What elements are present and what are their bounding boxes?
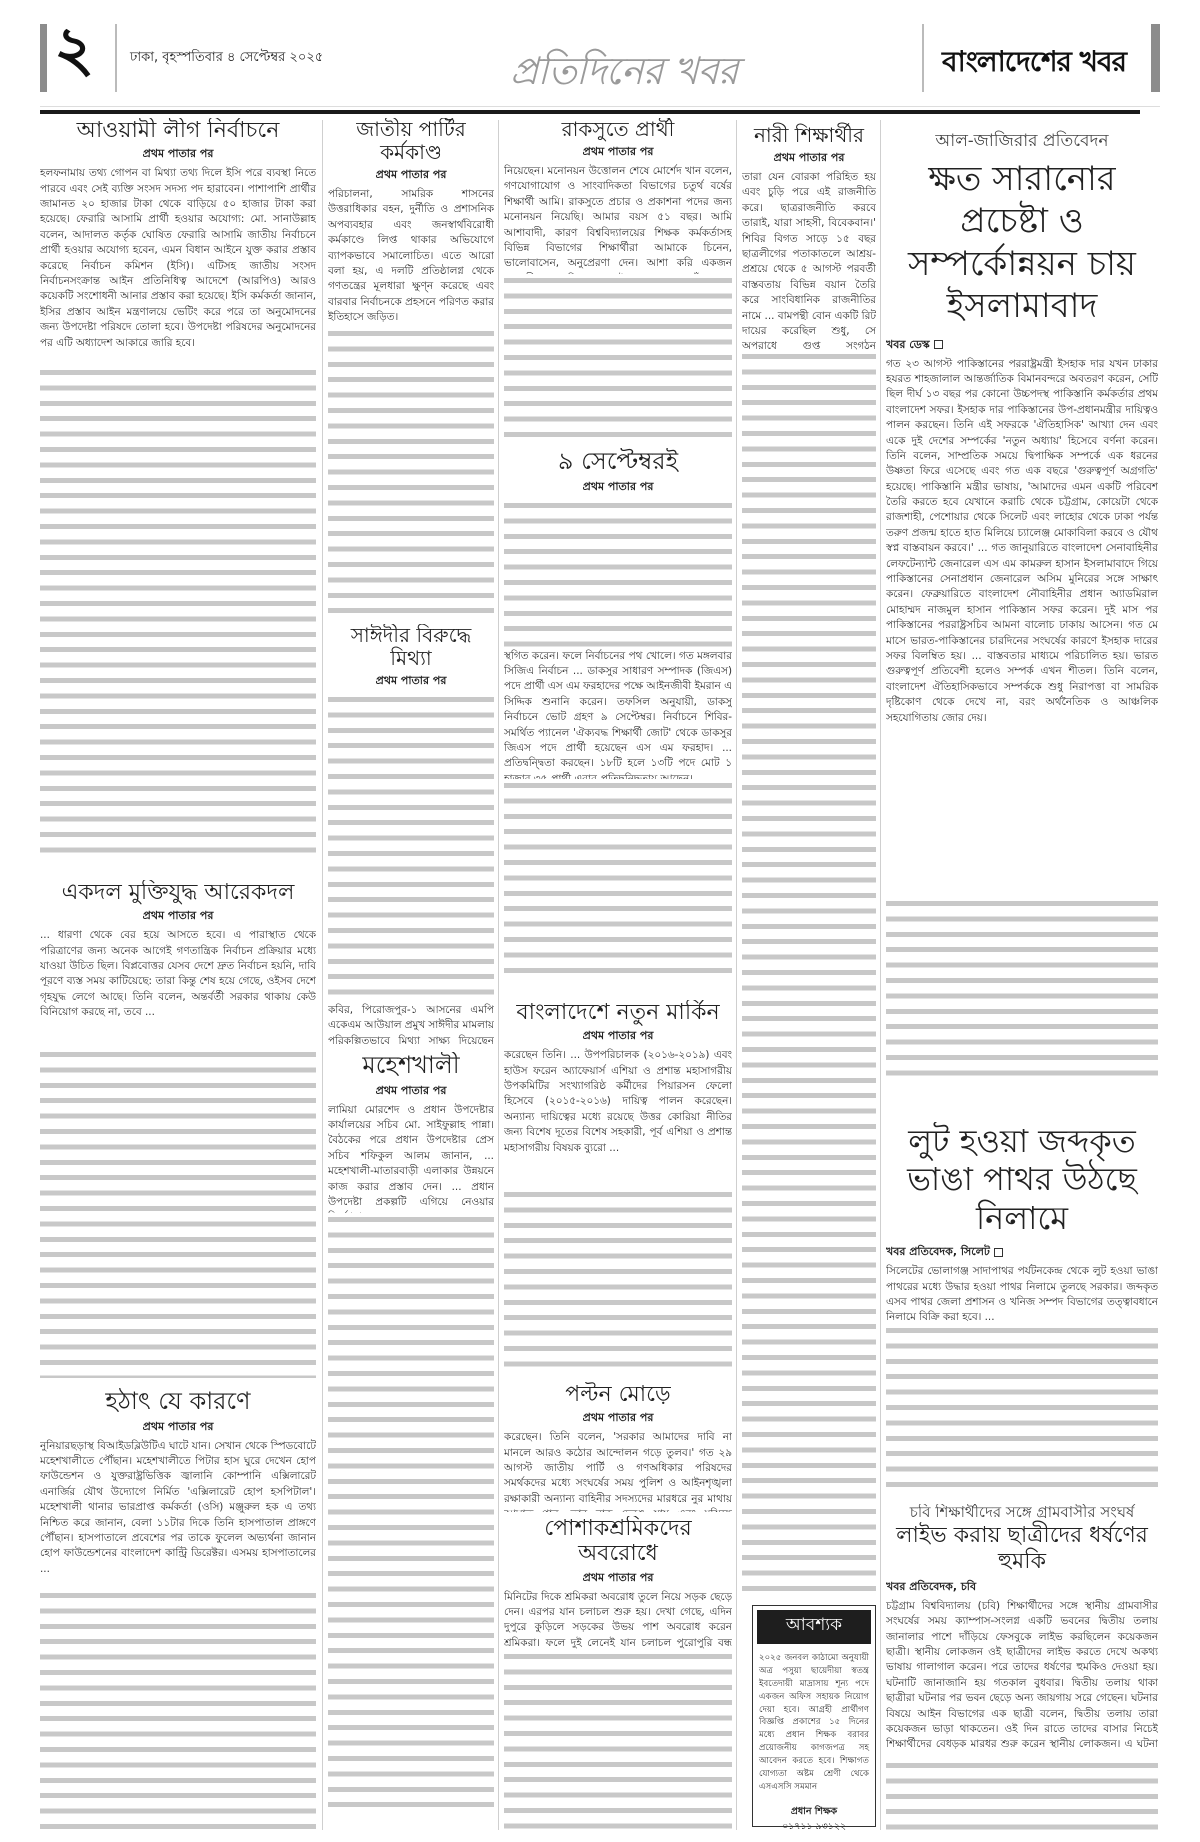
continued-label: প্রথম পাতার পর — [328, 672, 494, 691]
article-body: সিলেটের ভোলাগঞ্জ সাদাপাথর পর্যটনকেন্দ্র … — [886, 1264, 1158, 1324]
headline: ৯ সেপ্টেম্বরই — [504, 448, 732, 476]
article-body: হলফনামায় তথ্য গোপন বা মিথ্যা তথ্য দিলে … — [40, 166, 316, 366]
continued-label: প্রথম পাতার পর — [504, 1569, 732, 1588]
headline: একদল মুক্তিযুদ্ধ আরেকদল — [40, 880, 316, 905]
headline: পল্টন মোড়ে — [504, 1382, 732, 1407]
byline: খবর ডেস্ক — [886, 336, 1158, 355]
article-body-continued — [40, 1589, 316, 1830]
column-divider — [498, 120, 499, 1830]
article-body: পরিচালনা, সামরিক শাসনের উত্তরাধিকার বহন,… — [328, 187, 494, 327]
article-body: লামিয়া মোরশেদ ও প্রধান উপদেষ্টার কার্যা… — [328, 1103, 494, 1213]
article-sept-9: ৯ সেপ্টেম্বরই প্রথম পাতার পর স্থগিত করেন… — [504, 448, 732, 998]
overline: চবি শিক্ষার্থীদের সঙ্গে গ্রামবাসীর সংঘর্… — [886, 1504, 1158, 1521]
ad-title: আবশ্যক — [757, 1610, 871, 1644]
article-body: করেছেন তিনি। ... উপপরিচালক (২০১৬-২০১৯) এ… — [504, 1048, 732, 1188]
headline: বাংলাদেশে নতুন মার্কিন — [504, 1000, 732, 1025]
continued-label: প্রথম পাতার পর — [504, 1027, 732, 1046]
article-body-continued — [504, 274, 732, 444]
article-female-students: নারী শিক্ষার্থীর প্রথম পাতার পর তারা যেন… — [742, 118, 876, 1598]
headline: রাকসুতে প্রার্থী — [504, 118, 732, 141]
article-islamabad: আল-জাজিরার প্রতিবেদন ক্ষত সারানোর প্রচেষ… — [886, 126, 1158, 1076]
article-body: কবির, পিরোজপুর-১ আসনের এমপি একেএম আউয়াল… — [328, 1003, 494, 1044]
continued-label: প্রথম পাতার পর — [40, 145, 316, 164]
continued-label: প্রথম পাতার পর — [40, 1418, 316, 1437]
page-number: ২ — [54, 18, 94, 80]
column-divider — [880, 120, 881, 1830]
column-divider — [322, 120, 323, 1830]
square-icon — [994, 1248, 1003, 1257]
article-body-continued — [504, 1650, 732, 1830]
article-body-continued — [504, 1188, 732, 1368]
headline: আওয়ামী লীগ নির্বাচনে — [40, 118, 316, 143]
article-body: তারা যেন বোরকা পরিহিত হয় এবং চুড়ি পরে … — [742, 170, 876, 350]
ad-body: ২০২৫ জনবল কাঠামো অনুযায়ী অত্র পসুয়া ছা… — [757, 1652, 871, 1794]
article-cu-students: চবি শিক্ষার্থীদের সঙ্গে গ্রামবাসীর সংঘর্… — [886, 1504, 1158, 1830]
byline: খবর প্রতিবেদক, সিলেট — [886, 1243, 1158, 1262]
continued-label: প্রথম পাতার পর — [504, 478, 732, 497]
continued-label: প্রথম পাতার পর — [328, 1082, 494, 1101]
article-body-continued — [886, 1324, 1158, 1492]
article-body: ... ধারণা থেকে বের হয়ে আসতে হবে। এ পারা… — [40, 928, 316, 1048]
square-icon — [934, 340, 943, 349]
article-hothat: হঠাৎ যে কারণে প্রথম পাতার পর নুনিয়ারছড়… — [40, 1388, 316, 1830]
headline: জাতীয় পার্টির কর্মকাণ্ড — [328, 118, 494, 164]
masthead-left-bar — [40, 24, 47, 92]
headline: হঠাৎ যে কারণে — [40, 1388, 316, 1416]
article-raksu: রাকসুতে প্রার্থী প্রথম পাতার পর নিয়েছেন… — [504, 118, 732, 446]
top-thick-rule — [40, 110, 1140, 114]
masthead-divider — [115, 24, 117, 92]
classified-ad: আবশ্যক ২০২৫ জনবল কাঠামো অনুযায়ী অত্র পস… — [752, 1605, 876, 1827]
article-garment-workers: পোশাকশ্রমিকদের অবরোধে প্রথম পাতার পর মিন… — [504, 1516, 732, 1830]
article-body: চট্টগ্রাম বিশ্ববিদ্যালয় (চবি) শিক্ষার্থ… — [886, 1599, 1158, 1759]
headline: সাঈদীর বিরুদ্ধে মিথ্যা — [328, 624, 494, 670]
article-body: গত ২৩ আগস্ট পাকিস্তানের পররাষ্ট্রমন্ত্রী… — [886, 357, 1158, 897]
article-body-continued — [742, 350, 876, 1598]
article-body: নুনিয়ারছড়াস্থ বিআইডব্লিউটিএ ঘাটে যান। … — [40, 1439, 316, 1589]
headline: মহেশখালী — [328, 1052, 494, 1080]
continued-label: প্রথম পাতার পর — [504, 1409, 732, 1428]
article-jatiya-party: জাতীয় পার্টির কর্মকাণ্ড প্রথম পাতার পর … — [328, 118, 494, 618]
section-logo: প্রতিদিনের খবর — [510, 42, 738, 106]
article-new-us-ambassador: বাংলাদেশে নতুন মার্কিন প্রথম পাতার পর কর… — [504, 1000, 732, 1380]
article-body-continued — [328, 1213, 494, 1813]
article-body: নিয়েছেন। মনোনয়ন উত্তোলন শেষে মোর্শেদ খ… — [504, 164, 732, 274]
article-body: মিনিটের দিকে শ্রমিকরা অবরোধ তুলে নিয়ে স… — [504, 1590, 732, 1650]
article-awami-league: আওয়ামী লীগ নির্বাচনে প্রথম পাতার পর হলফ… — [40, 118, 316, 870]
continued-label: প্রথম পাতার পর — [504, 143, 732, 162]
desk-title: বাংলাদেশের খবর — [942, 40, 1126, 87]
headline: ক্ষত সারানোর প্রচেষ্টা ও সম্পর্কোন্নয়ন … — [886, 158, 1158, 328]
masthead-divider — [922, 24, 924, 92]
article-body: করেছেন। তিনি বলেন, 'সরকার আমাদের দাবি না… — [504, 1430, 732, 1512]
article-body: স্থগিত করেন। ফলে নির্বাচনের পথ খোলে। গত … — [504, 649, 732, 779]
article-sayedee: সাঈদীর বিরুদ্ধে মিথ্যা প্রথম পাতার পর কব… — [328, 624, 494, 1044]
issue-date: ঢাকা, বৃহস্পতিবার ৪ সেপ্টেম্বর ২০২৫ — [130, 48, 323, 69]
ad-signatory: প্রধান শিক্ষক — [757, 1804, 871, 1819]
ad-phone: ০১৭১১ ৯৩১২২ — [757, 1819, 871, 1834]
article-body-continued — [886, 1759, 1158, 1830]
continued-label: প্রথম পাতার পর — [40, 907, 316, 926]
article-body-continued — [504, 779, 732, 979]
article-ekdol: একদল মুক্তিযুদ্ধ আরেকদল প্রথম পাতার পর .… — [40, 880, 316, 1380]
headline: লাইভ করায় ছাত্রীদের ধর্ষণের হুমকি — [886, 1523, 1158, 1574]
top-thin-rule — [40, 106, 1160, 107]
headline: পোশাকশ্রমিকদের অবরোধে — [504, 1516, 732, 1567]
headline: লুট হওয়া জব্দকৃত ভাঙা পাথর উঠছে নিলামে — [886, 1122, 1158, 1237]
overline: আল-জাজিরার প্রতিবেদন — [886, 132, 1158, 152]
masthead: ২ ঢাকা, বৃহস্পতিবার ৪ সেপ্টেম্বর ২০২৫ প্… — [40, 24, 1160, 96]
article-moheshkhali: মহেশখালী প্রথম পাতার পর লামিয়া মোরশেদ ও… — [328, 1052, 494, 1830]
article-body-continued — [40, 366, 316, 856]
article-paltan: পল্টন মোড়ে প্রথম পাতার পর করেছেন। তিনি … — [504, 1382, 732, 1512]
byline: খবর প্রতিবেদক, চবি — [886, 1578, 1158, 1597]
article-body-continued — [40, 1048, 316, 1378]
continued-label: প্রথম পাতার পর — [742, 149, 876, 168]
article-body-continued — [328, 693, 494, 1003]
article-stone-auction: লুট হওয়া জব্দকৃত ভাঙা পাথর উঠছে নিলামে … — [886, 1122, 1158, 1492]
masthead-right-bar — [1151, 24, 1160, 92]
article-body-continued — [886, 897, 1158, 1076]
article-body-continued — [328, 327, 494, 618]
article-body-continued — [504, 499, 732, 649]
continued-label: প্রথম পাতার পর — [328, 166, 494, 185]
column-divider — [736, 120, 737, 1830]
headline: নারী শিক্ষার্থীর — [742, 124, 876, 147]
